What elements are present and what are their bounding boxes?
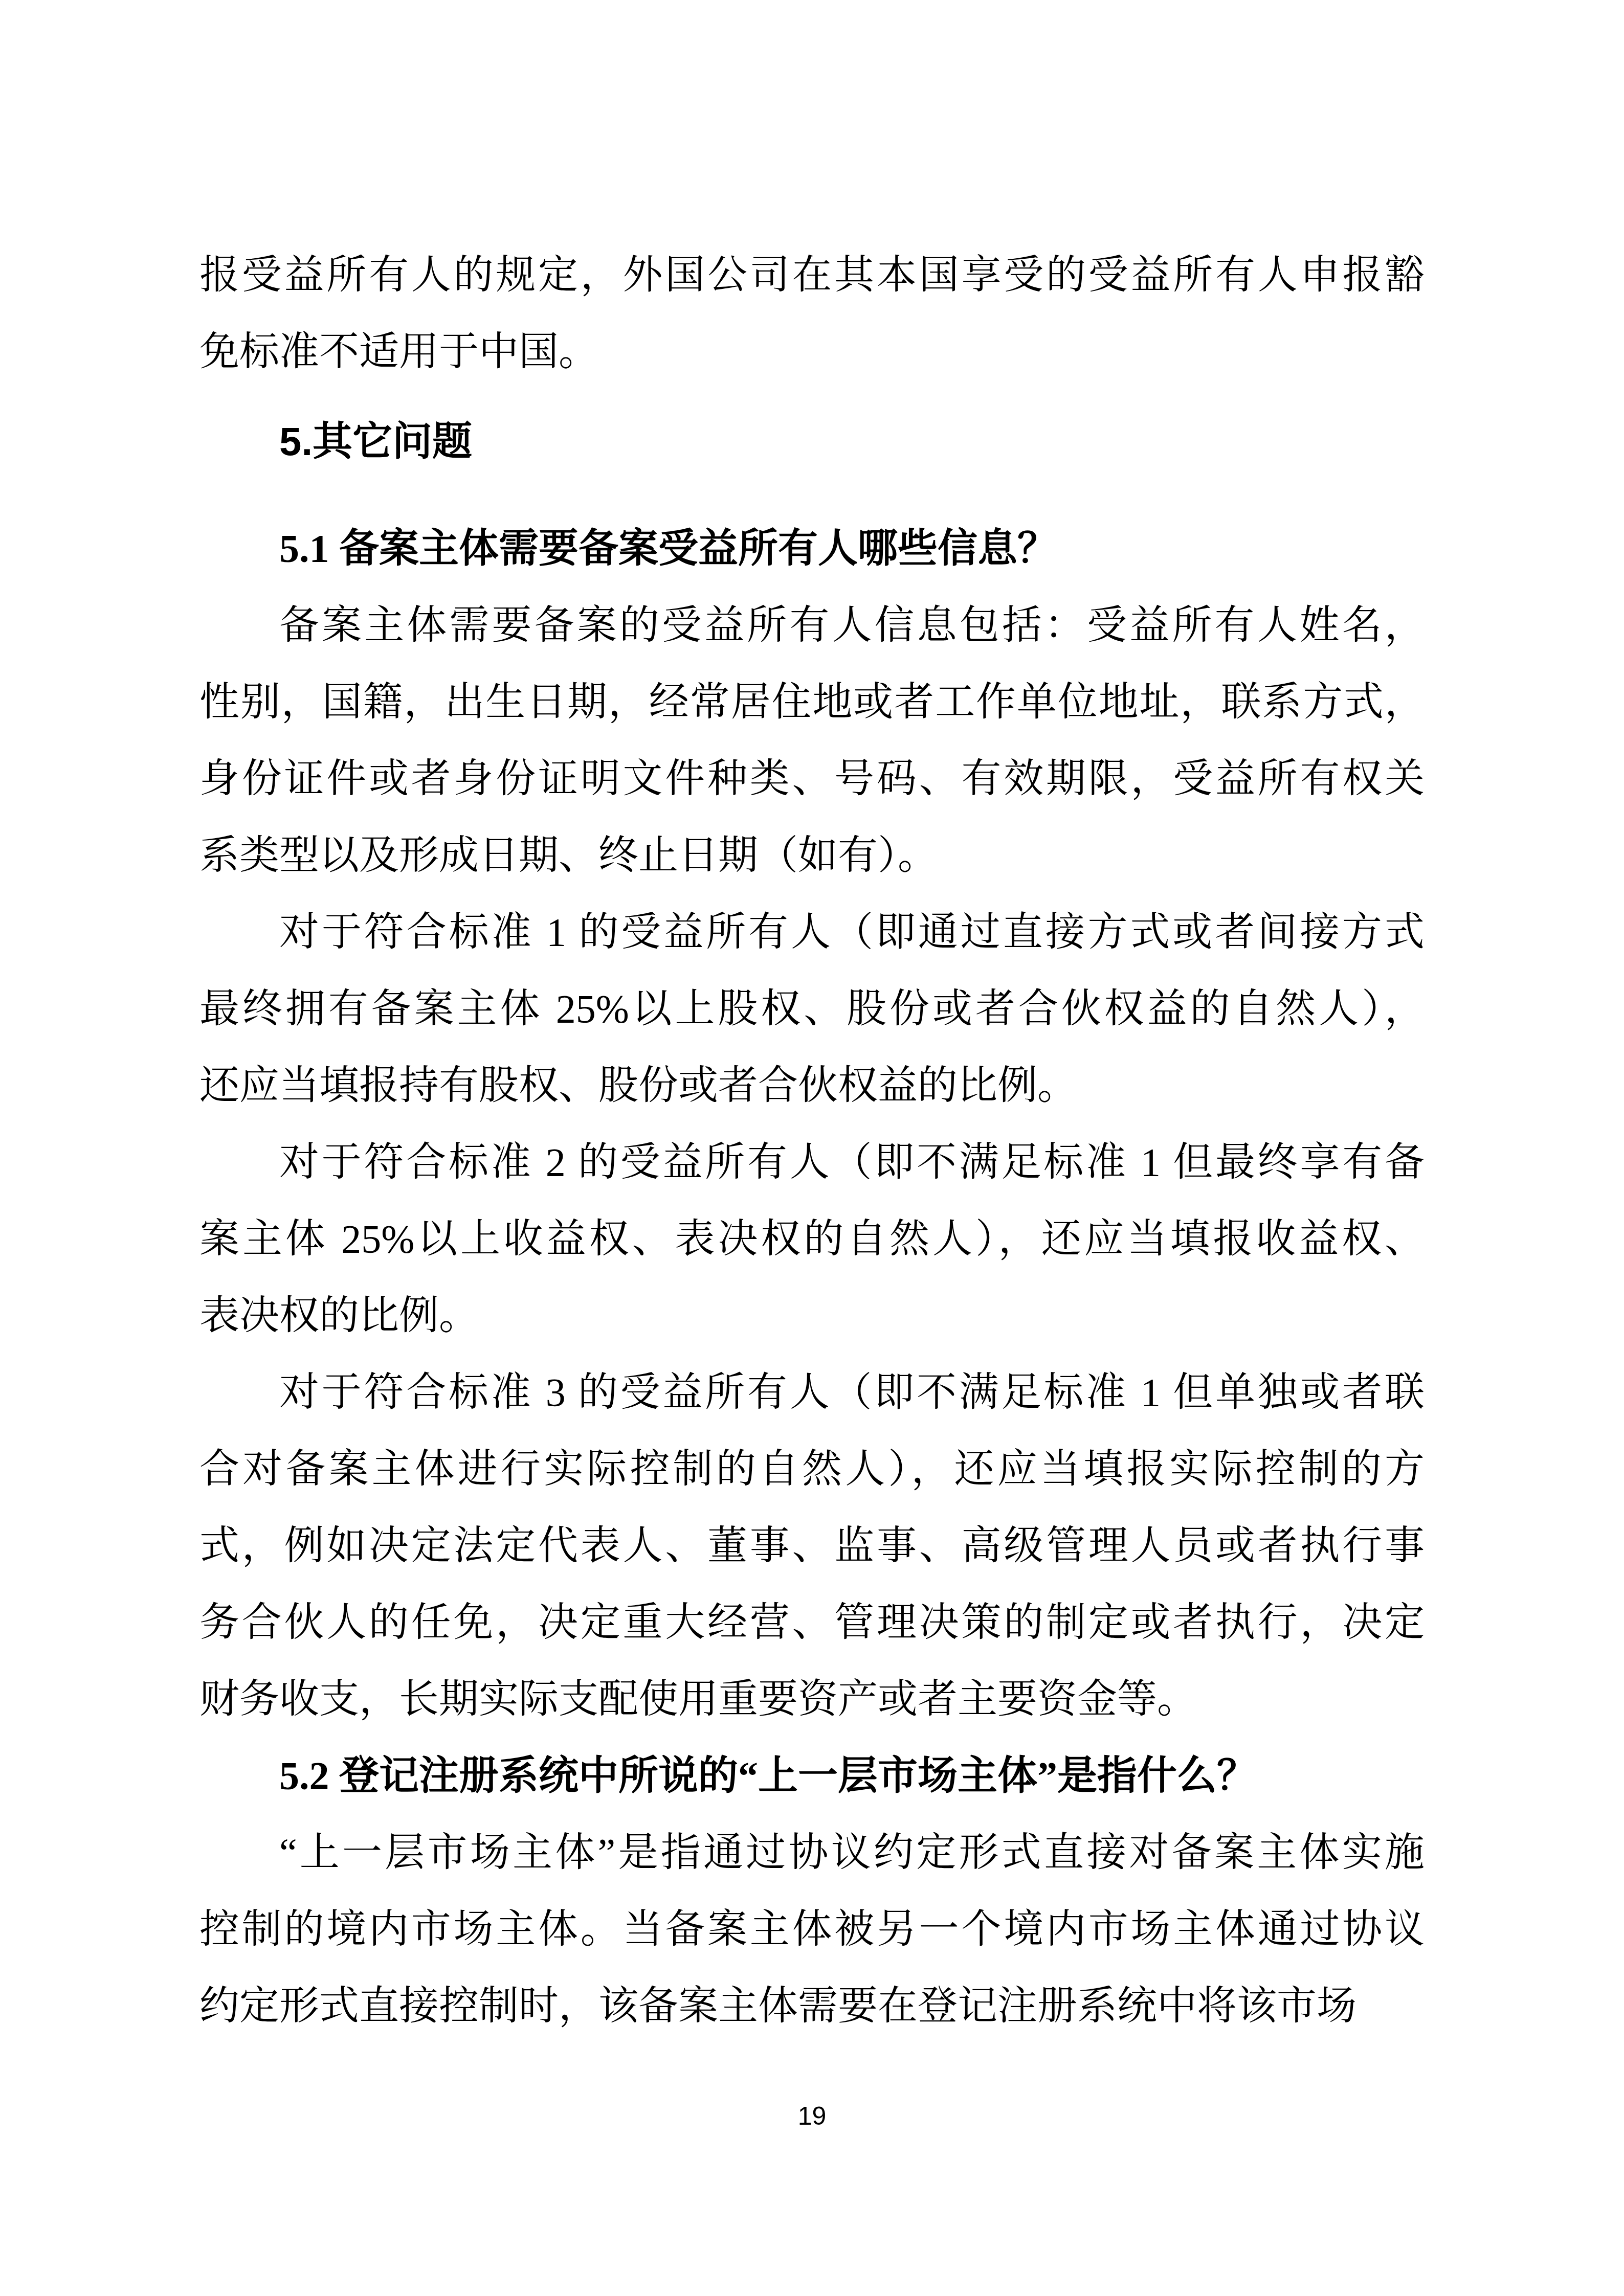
text-line: 式，例如决定法定代表人、董事、监事、高级管理人员或者执行事: [199, 1507, 1425, 1584]
paragraph: 对于符合标准 3 的受益所有人（即不满足标准 1 但单独或者联合对备案主体进行实…: [199, 1354, 1425, 1738]
document-content: 报受益所有人的规定，外国公司在其本国享受的受益所有人申报豁免标准不适用于中国。5…: [199, 237, 1425, 2044]
text-line: 对于符合标准 3 的受益所有人（即不满足标准 1 但单独或者联: [199, 1354, 1425, 1431]
paragraph: 对于符合标准 2 的受益所有人（即不满足标准 1 但最终享有备案主体 25%以上…: [199, 1124, 1425, 1354]
paragraph: 报受益所有人的规定，外国公司在其本国享受的受益所有人申报豁免标准不适用于中国。: [199, 237, 1425, 390]
text-line: 对于符合标准 1 的受益所有人（即通过直接方式或者间接方式: [199, 894, 1425, 971]
text-line: 性别，国籍，出生日期，经常居住地或者工作单位地址，联系方式，: [199, 664, 1425, 740]
document-page: 报受益所有人的规定，外国公司在其本国享受的受益所有人申报豁免标准不适用于中国。5…: [0, 0, 1624, 2296]
text-line: 身份证件或者身份证明文件种类、号码、有效期限，受益所有权关: [199, 740, 1425, 817]
subsection-heading: 5.2 登记注册系统中所说的“上一层市场主体”是指什么？: [199, 1738, 1425, 1814]
text-line: 对于符合标准 2 的受益所有人（即不满足标准 1 但最终享有备: [199, 1124, 1425, 1201]
text-line: 备案主体需要备案的受益所有人信息包括：受益所有人姓名，: [199, 587, 1425, 664]
text-line: 合对备案主体进行实际控制的自然人），还应当填报实际控制的方: [199, 1431, 1425, 1507]
page-number: 19: [0, 2101, 1624, 2131]
text-line: 报受益所有人的规定，外国公司在其本国享受的受益所有人申报豁: [199, 237, 1425, 313]
paragraph: 备案主体需要备案的受益所有人信息包括：受益所有人姓名，性别，国籍，出生日期，经常…: [199, 587, 1425, 894]
text-line: 最终拥有备案主体 25%以上股权、股份或者合伙权益的自然人），: [199, 971, 1425, 1047]
paragraph: “上一层市场主体”是指通过协议约定形式直接对备案主体实施控制的境内市场主体。当备…: [199, 1814, 1425, 2044]
text-line: “上一层市场主体”是指通过协议约定形式直接对备案主体实施: [199, 1814, 1425, 1891]
text-line: 务合伙人的任免，决定重大经营、管理决策的制定或者执行，决定: [199, 1584, 1425, 1661]
text-line: 财务收支，长期实际支配使用重要资产或者主要资金等。: [199, 1661, 1425, 1738]
subsection-heading: 5.1 备案主体需要备案受益所有人哪些信息？: [199, 510, 1425, 587]
text-line: 还应当填报持有股权、股份或者合伙权益的比例。: [199, 1047, 1425, 1124]
text-line: 案主体 25%以上收益权、表决权的自然人），还应当填报收益权、: [199, 1201, 1425, 1277]
text-line: 免标准不适用于中国。: [199, 313, 1425, 390]
text-line: 控制的境内市场主体。当备案主体被另一个境内市场主体通过协议: [199, 1891, 1425, 1968]
text-line: 系类型以及形成日期、终止日期（如有）。: [199, 817, 1425, 894]
text-line: 约定形式直接控制时，该备案主体需要在登记注册系统中将该市场: [199, 1968, 1425, 2044]
paragraph: 对于符合标准 1 的受益所有人（即通过直接方式或者间接方式最终拥有备案主体 25…: [199, 894, 1425, 1124]
text-line: 表决权的比例。: [199, 1277, 1425, 1354]
section-heading: 5.其它问题: [199, 403, 1425, 480]
